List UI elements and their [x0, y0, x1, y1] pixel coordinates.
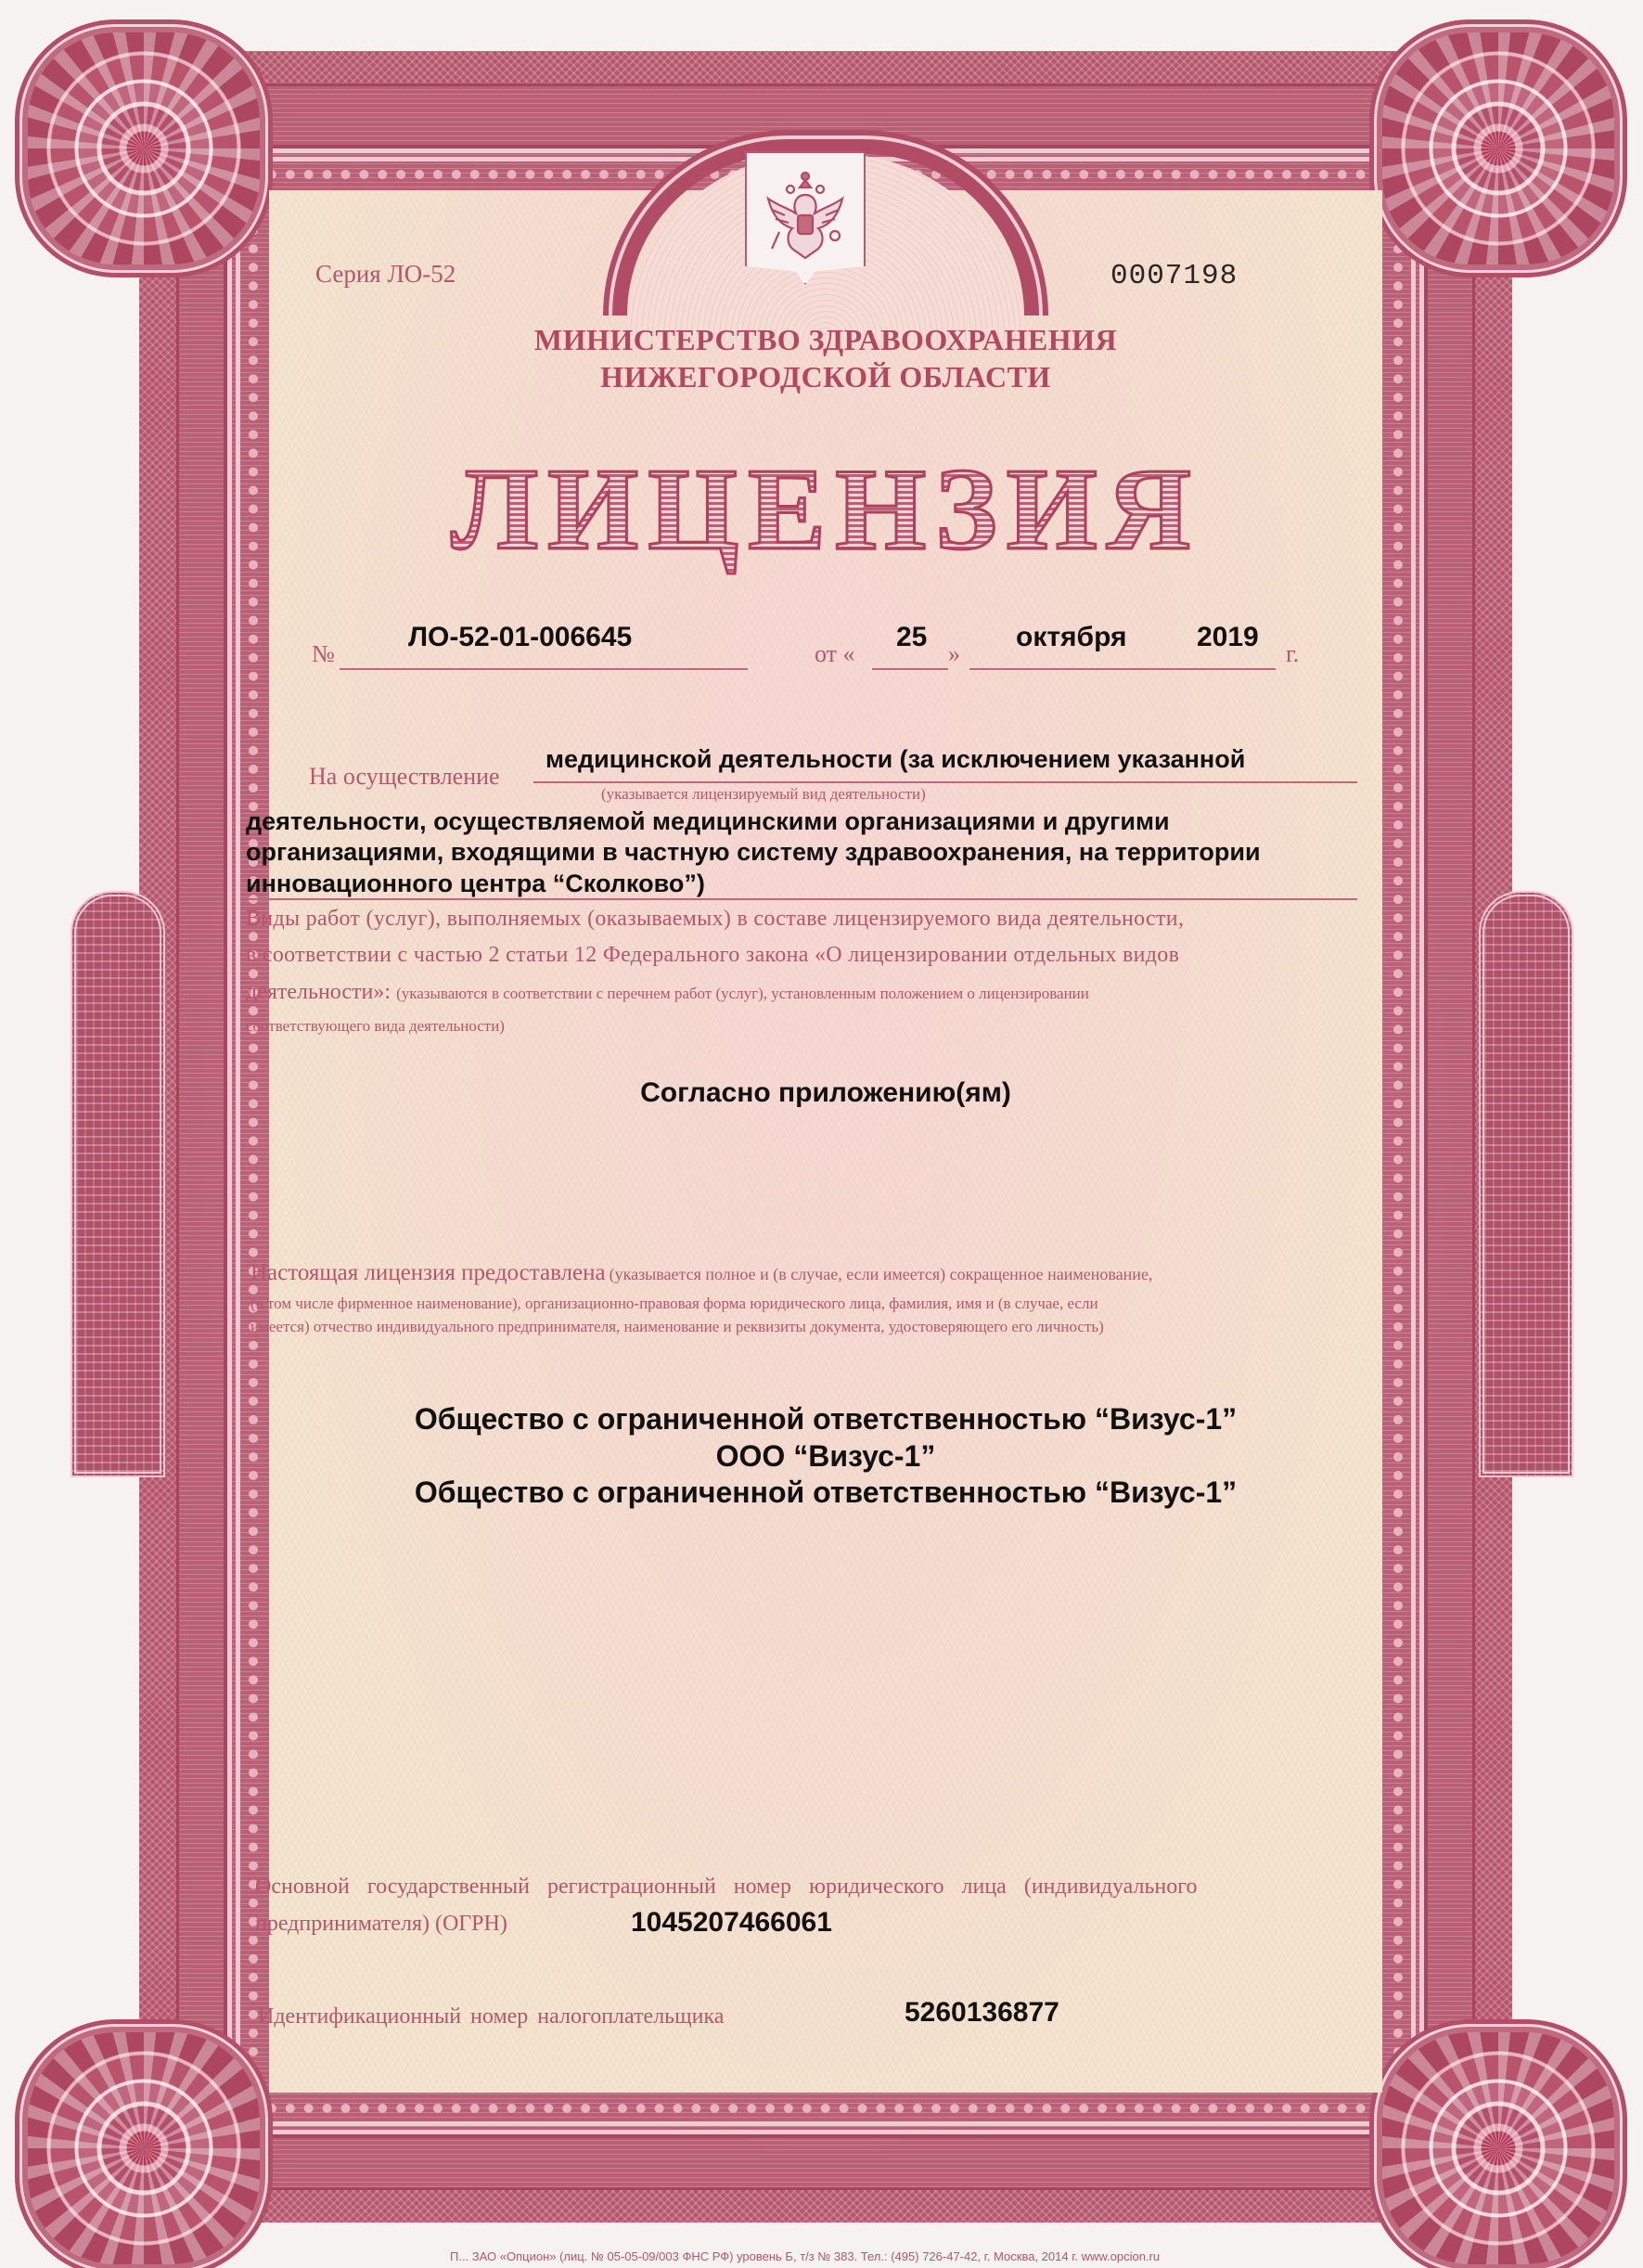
- licensee-brand-name: Общество с ограниченной ответственностью…: [278, 1475, 1373, 1510]
- works-line3-main: деятельности»:: [246, 980, 391, 1004]
- license-number-label: №: [312, 640, 335, 668]
- activity-label: На осуществление: [309, 763, 500, 791]
- activity-line-4: инновационного центра “Сколково”): [246, 870, 1378, 898]
- licensee-full-name: Общество с ограниченной ответственностью…: [278, 1402, 1373, 1437]
- ogrn-label-line2: предпринимателя) (ОГРН): [255, 1912, 507, 1937]
- right-pillar-ornament: [1479, 891, 1573, 1477]
- license-number-underline: [340, 668, 748, 670]
- activity-line-3: организациями, входящими в частную систе…: [246, 838, 1378, 867]
- activity-end-underline: [246, 898, 1357, 900]
- inn-value: 5260136877: [905, 1997, 1059, 2029]
- issuer-name-line2: НИЖЕГОРОДСКОЙ ОБЛАСТИ: [278, 360, 1373, 394]
- form-serial-number: 0007198: [1110, 260, 1238, 292]
- corner-rosette-icon: [1382, 2032, 1614, 2264]
- year-suffix: г.: [1286, 640, 1299, 668]
- corner-rosette-icon: [28, 2032, 260, 2264]
- licensee-hint-1: (указывается полное и (в случае, если им…: [610, 1265, 1153, 1283]
- licensee-short-name: ООО “Визус-1”: [278, 1439, 1373, 1474]
- date-from-label: от «: [815, 640, 855, 668]
- series-label: Серия ЛО-52: [315, 260, 456, 289]
- activity-line-1: медицинской деятельности (за исключением…: [546, 745, 1245, 774]
- day-underline: [872, 668, 948, 670]
- activity-underline: [533, 781, 1357, 783]
- ogrn-label-line1: Основной государственный регистрационный…: [255, 1875, 1368, 1900]
- works-text-line1: Виды работ (услуг), выполняемых (оказыва…: [246, 907, 1184, 932]
- left-pillar-ornament: [71, 891, 165, 1477]
- licensee-hint-3: имеется) отчество индивидуального предпр…: [250, 1318, 1104, 1336]
- corner-rosette-icon: [1382, 32, 1614, 264]
- license-number: ЛО-52-01-006645: [408, 622, 632, 653]
- works-text-line3: деятельности»:(указываются в соответстви…: [246, 980, 1089, 1005]
- licensee-hint-2: (в том числе фирменное наименование), ор…: [250, 1295, 1098, 1313]
- works-line3-hint: (указываются в соответствии с перечнем р…: [396, 985, 1089, 1002]
- works-hint-line4: соответствующего вида деятельности): [246, 1017, 505, 1036]
- printer-footer: П... ЗАО «Опцион» (лиц. № 05-05-09/003 Ф…: [450, 2249, 1160, 2263]
- activity-line-2: деятельности, осуществляемой медицинским…: [246, 807, 1378, 836]
- licensee-label: Настоящая лицензия предоставлена: [250, 1260, 606, 1285]
- issuer-name-line1: МИНИСТЕРСТВО ЗДРАВООХРАНЕНИЯ: [278, 323, 1373, 357]
- date-quote-close: »: [948, 640, 960, 668]
- coat-of-arms-icon: [745, 151, 866, 285]
- activity-hint: (указывается лицензируемый вид деятельно…: [601, 785, 926, 804]
- license-year: 2019: [1197, 622, 1259, 653]
- document-title: ЛИЦЕНЗИЯ: [278, 444, 1373, 577]
- corner-rosette-icon: [28, 32, 260, 264]
- ogrn-value: 1045207466061: [631, 1907, 832, 1939]
- month-year-underline: [969, 668, 1276, 670]
- license-day: 25: [896, 622, 927, 653]
- works-text-line2: в соответствии с частью 2 статьи 12 Феде…: [246, 943, 1179, 968]
- licensee-label-line1: Настоящая лицензия предоставлена(указыва…: [250, 1260, 1152, 1286]
- works-value: Согласно приложению(ям): [278, 1077, 1373, 1109]
- inn-label: Идентификационный номер налогоплательщик…: [258, 2004, 724, 2030]
- license-month: октября: [1016, 622, 1127, 653]
